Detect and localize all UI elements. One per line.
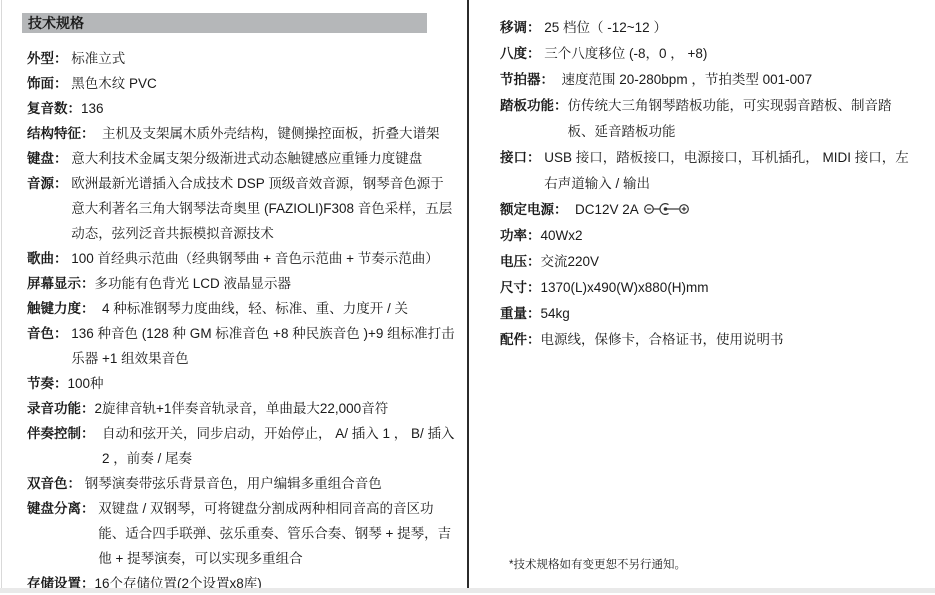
column-divider (467, 0, 469, 588)
spec-label: 饰面： (27, 71, 71, 96)
spec-label: 伴奏控制： (27, 421, 102, 446)
spec-row: 八度： 三个八度移位 (-8，0 ， +8) (500, 41, 909, 67)
spec-label: 双音色： (27, 471, 85, 496)
spec-row: 移调： 25 档位（ -12~12 ） (500, 15, 909, 41)
spec-value: 意大利技术金属支架分级渐进式动态触键感应重锤力度键盘 (71, 146, 455, 171)
spec-value: 136 种音色 (128 种 GM 标准音色 +8 种民族音色 )+9 组标准打… (71, 321, 455, 371)
spec-row: 键盘分离： 双键盘 / 双钢琴，可将键盘分割成两种相同音高的音区功能、适合四手联… (27, 496, 455, 571)
spec-label: 接口： (500, 145, 544, 171)
spec-row: 双音色： 钢琴演奏带弦乐背景音色，用户编辑多重组合音色 (27, 471, 455, 496)
spec-label: 键盘分离： (27, 496, 98, 521)
section-title: 技术规格 (28, 15, 84, 31)
bottom-strip (0, 588, 935, 593)
spec-value: 钢琴演奏带弦乐背景音色，用户编辑多重组合音色 (85, 471, 455, 496)
spec-value: 交流220V (541, 249, 910, 275)
spec-label: 触键力度： (27, 296, 102, 321)
spec-row: 重量：54kg (500, 301, 909, 327)
spec-value: 25 档位（ -12~12 ） (544, 15, 909, 41)
spec-row: 踏板功能：仿传统大三角钢琴踏板功能，可实现弱音踏板、制音踏板、延音踏板功能 (500, 93, 909, 145)
spec-row: 录音功能：2旋律音轨+1伴奏音轨录音，单曲最大22,000音符 (27, 396, 455, 421)
spec-row: 触键力度： 4 种标准钢琴力度曲线，轻、标准、重、力度开 / 关 (27, 296, 455, 321)
spec-row: 节拍器： 速度范围 20-280bpm ，节拍类型 001-007 (500, 67, 909, 93)
spec-row: 键盘： 意大利技术金属支架分级渐进式动态触键感应重锤力度键盘 (27, 146, 455, 171)
spec-row: 接口： USB 接口，踏板接口，电源接口，耳机插孔， MIDI 接口，左右声道输… (500, 145, 909, 197)
left-spec-list: 外型： 标准立式饰面： 黑色木纹 PVC复音数：136结构特征： 主机及支架属木… (27, 46, 455, 595)
spec-value: 100种 (68, 371, 456, 396)
spec-label: 音色： (27, 321, 71, 346)
dc-polarity-icon (643, 202, 691, 216)
spec-sheet-page: 技术规格 外型： 标准立式饰面： 黑色木纹 PVC复音数：136结构特征： 主机… (0, 0, 935, 595)
spec-value: 电源线，保修卡，合格证书，使用说明书 (541, 327, 910, 353)
spec-value: 主机及支架属木质外壳结构，键侧操控面板，折叠大谱架 (102, 121, 455, 146)
right-column: 移调： 25 档位（ -12~12 ）八度： 三个八度移位 (-8，0 ， +8… (470, 0, 935, 588)
spec-label: 结构特征： (27, 121, 102, 146)
spec-row: 歌曲： 100 首经典示范曲（经典钢琴曲 + 音色示范曲 + 节奏示范曲） (27, 246, 455, 271)
spec-value: 欧洲最新光谱插入合成技术 DSP 顶级音效音源，钢琴音色源于意大利著名三角大钢琴… (71, 171, 455, 246)
spec-label: 外型： (27, 46, 71, 71)
spec-value: DC12V 2A (575, 197, 909, 223)
spec-value: 自动和弦开关，同步启动，开始停止， A/ 插入 1 ， B/ 插入 2 ，前奏 … (102, 421, 455, 471)
spec-value: 多功能有色背光 LCD 液晶显示器 (95, 271, 456, 296)
spec-value: 速度范围 20-280bpm ，节拍类型 001-007 (562, 67, 909, 93)
spec-label: 屏幕显示： (27, 271, 95, 296)
spec-label: 键盘： (27, 146, 71, 171)
spec-value: 100 首经典示范曲（经典钢琴曲 + 音色示范曲 + 节奏示范曲） (71, 246, 455, 271)
left-column: 技术规格 外型： 标准立式饰面： 黑色木纹 PVC复音数：136结构特征： 主机… (0, 0, 468, 588)
spec-label: 复音数： (27, 96, 81, 121)
spec-label: 录音功能： (27, 396, 95, 421)
spec-label: 节奏： (27, 371, 68, 396)
spec-value: 2旋律音轨+1伴奏音轨录音，单曲最大22,000音符 (95, 396, 456, 421)
right-spec-list: 移调： 25 档位（ -12~12 ）八度： 三个八度移位 (-8，0 ， +8… (500, 15, 909, 353)
spec-row: 屏幕显示：多功能有色背光 LCD 液晶显示器 (27, 271, 455, 296)
spec-value: 54kg (541, 301, 910, 327)
spec-row: 电压：交流220V (500, 249, 909, 275)
spec-label: 八度： (500, 41, 544, 67)
spec-value: 双键盘 / 双钢琴，可将键盘分割成两种相同音高的音区功能、适合四手联弹、弦乐重奏… (98, 496, 455, 571)
spec-row: 节奏：100种 (27, 371, 455, 396)
spec-value: 40Wx2 (541, 223, 910, 249)
spec-value: 4 种标准钢琴力度曲线，轻、标准、重、力度开 / 关 (102, 296, 455, 321)
spec-value: 标准立式 (71, 46, 455, 71)
spec-value: USB 接口，踏板接口，电源接口，耳机插孔， MIDI 接口，左右声道输入 / … (544, 145, 909, 197)
spec-label: 电压： (500, 249, 541, 275)
spec-label: 歌曲： (27, 246, 71, 271)
spec-row: 伴奏控制： 自动和弦开关，同步启动，开始停止， A/ 插入 1 ， B/ 插入 … (27, 421, 455, 471)
spec-row: 功率：40Wx2 (500, 223, 909, 249)
footnote: *技术规格如有变更恕不另行通知。 (509, 557, 686, 573)
spec-label: 额定电源： (500, 197, 575, 223)
spec-value: 1370(L)x490(W)x880(H)mm (541, 275, 910, 301)
spec-row: 额定电源： DC12V 2A (500, 197, 909, 223)
spec-label: 音源： (27, 171, 71, 196)
spec-value: 三个八度移位 (-8，0 ， +8) (544, 41, 909, 67)
spec-row: 音色： 136 种音色 (128 种 GM 标准音色 +8 种民族音色 )+9 … (27, 321, 455, 371)
spec-row: 配件：电源线，保修卡，合格证书，使用说明书 (500, 327, 909, 353)
spec-value: 136 (81, 96, 455, 121)
spec-label: 移调： (500, 15, 544, 41)
spec-label: 节拍器： (500, 67, 562, 93)
spec-label: 踏板功能： (500, 93, 568, 119)
spec-label: 重量： (500, 301, 541, 327)
spec-row: 结构特征： 主机及支架属木质外壳结构，键侧操控面板，折叠大谱架 (27, 121, 455, 146)
section-header-bar: 技术规格 (22, 13, 427, 33)
spec-label: 功率： (500, 223, 541, 249)
spec-row: 音源： 欧洲最新光谱插入合成技术 DSP 顶级音效音源，钢琴音色源于意大利著名三… (27, 171, 455, 246)
spec-label: 配件： (500, 327, 541, 353)
spec-row: 尺寸：1370(L)x490(W)x880(H)mm (500, 275, 909, 301)
spec-row: 饰面： 黑色木纹 PVC (27, 71, 455, 96)
spec-row: 外型： 标准立式 (27, 46, 455, 71)
spec-row: 复音数：136 (27, 96, 455, 121)
spec-value: 仿传统大三角钢琴踏板功能，可实现弱音踏板、制音踏板、延音踏板功能 (568, 93, 910, 145)
spec-value: 黑色木纹 PVC (71, 71, 455, 96)
spec-label: 尺寸： (500, 275, 541, 301)
